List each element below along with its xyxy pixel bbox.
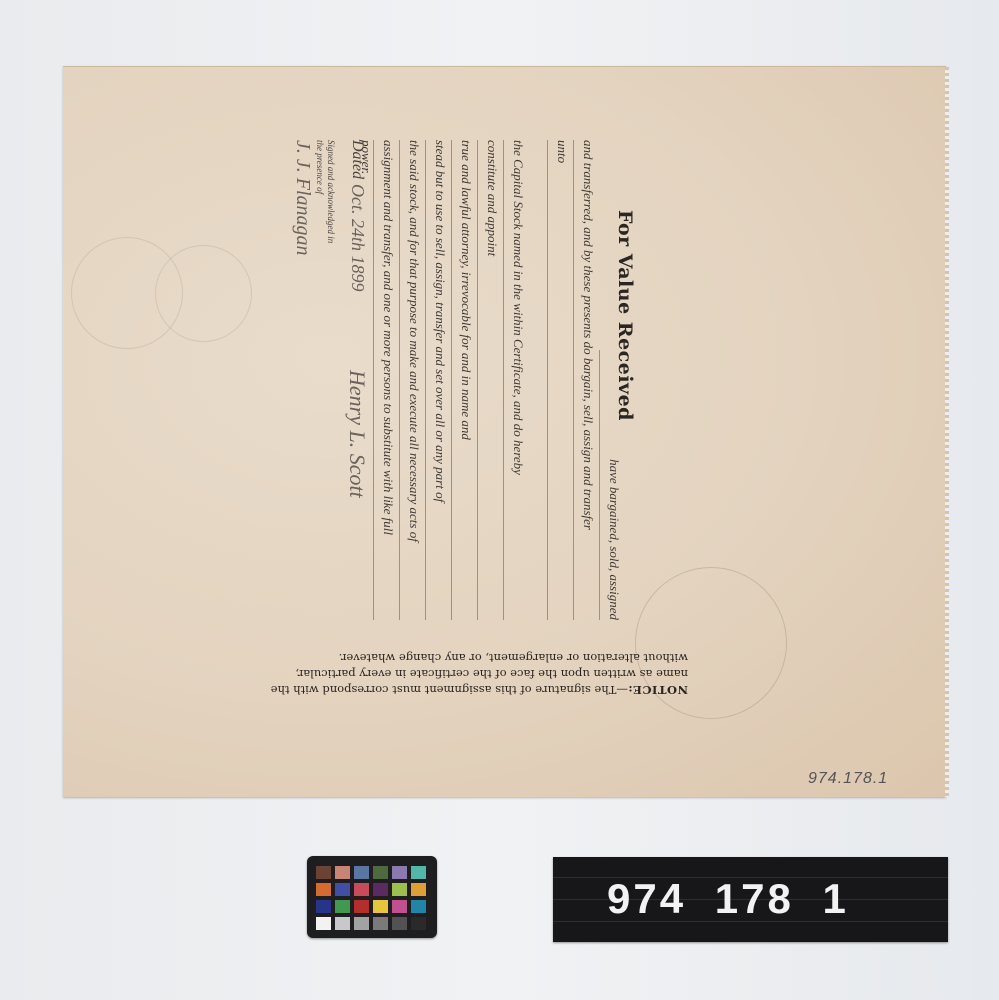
color-swatch — [373, 900, 388, 913]
form-line-1: have bargained, sold, assigned — [599, 350, 622, 620]
form-line-4: the Capital Stock named in the within Ce… — [503, 140, 526, 620]
color-swatch — [316, 900, 331, 913]
handwritten-accession-number: 974.178.1 — [808, 770, 888, 788]
color-swatch — [335, 900, 350, 913]
color-swatch — [316, 917, 331, 930]
embossed-seal-left-2 — [155, 245, 252, 342]
form-line-5: constitute and appoint — [477, 140, 500, 620]
color-swatch — [373, 866, 388, 879]
color-swatch — [411, 883, 426, 896]
assignment-form: For Value Received have bargained, sold,… — [316, 140, 636, 640]
color-swatch — [392, 866, 407, 879]
color-checker-card — [307, 856, 437, 938]
object-number-label: 974 178 1 — [553, 857, 948, 942]
color-swatch — [335, 866, 350, 879]
color-swatch — [354, 917, 369, 930]
color-swatch — [316, 866, 331, 879]
color-swatch — [411, 917, 426, 930]
witness-label: Signed and acknowledged in the presence … — [314, 140, 336, 250]
color-swatch — [316, 883, 331, 896]
form-line-7: stead but to use to sell, assign, transf… — [425, 140, 448, 620]
witness-signature: J. J. Flanagan — [291, 140, 314, 256]
form-line-9: assignment and transfer, and one or more… — [373, 140, 396, 620]
color-swatch — [392, 883, 407, 896]
assignor-signature: Henry L. Scott — [344, 370, 370, 498]
form-line-6: true and lawful attorney, irrevocable fo… — [451, 140, 474, 620]
color-swatch — [373, 883, 388, 896]
color-swatch — [411, 866, 426, 879]
color-swatch — [411, 900, 426, 913]
notice-body: —The signature of this assignment must c… — [271, 651, 688, 697]
color-swatch — [335, 917, 350, 930]
color-swatch — [335, 883, 350, 896]
object-number: 974 178 1 — [607, 875, 849, 923]
color-checker-grid — [316, 866, 426, 930]
dated-value: Oct. 24th 1899 — [347, 184, 368, 292]
dated-label: Dated — [348, 140, 366, 179]
color-swatch — [392, 917, 407, 930]
color-swatch — [373, 917, 388, 930]
color-swatch — [354, 866, 369, 879]
form-line-3: unto — [547, 140, 570, 620]
notice-text: NOTICE:—The signature of this assignment… — [268, 650, 688, 698]
form-line-8: the said stock, and for that purpose to … — [399, 140, 422, 620]
form-line-2: and transferred, and by these presents d… — [573, 140, 596, 620]
color-swatch — [392, 900, 407, 913]
color-swatch — [354, 900, 369, 913]
notice-heading: NOTICE: — [628, 683, 688, 697]
color-swatch — [354, 883, 369, 896]
